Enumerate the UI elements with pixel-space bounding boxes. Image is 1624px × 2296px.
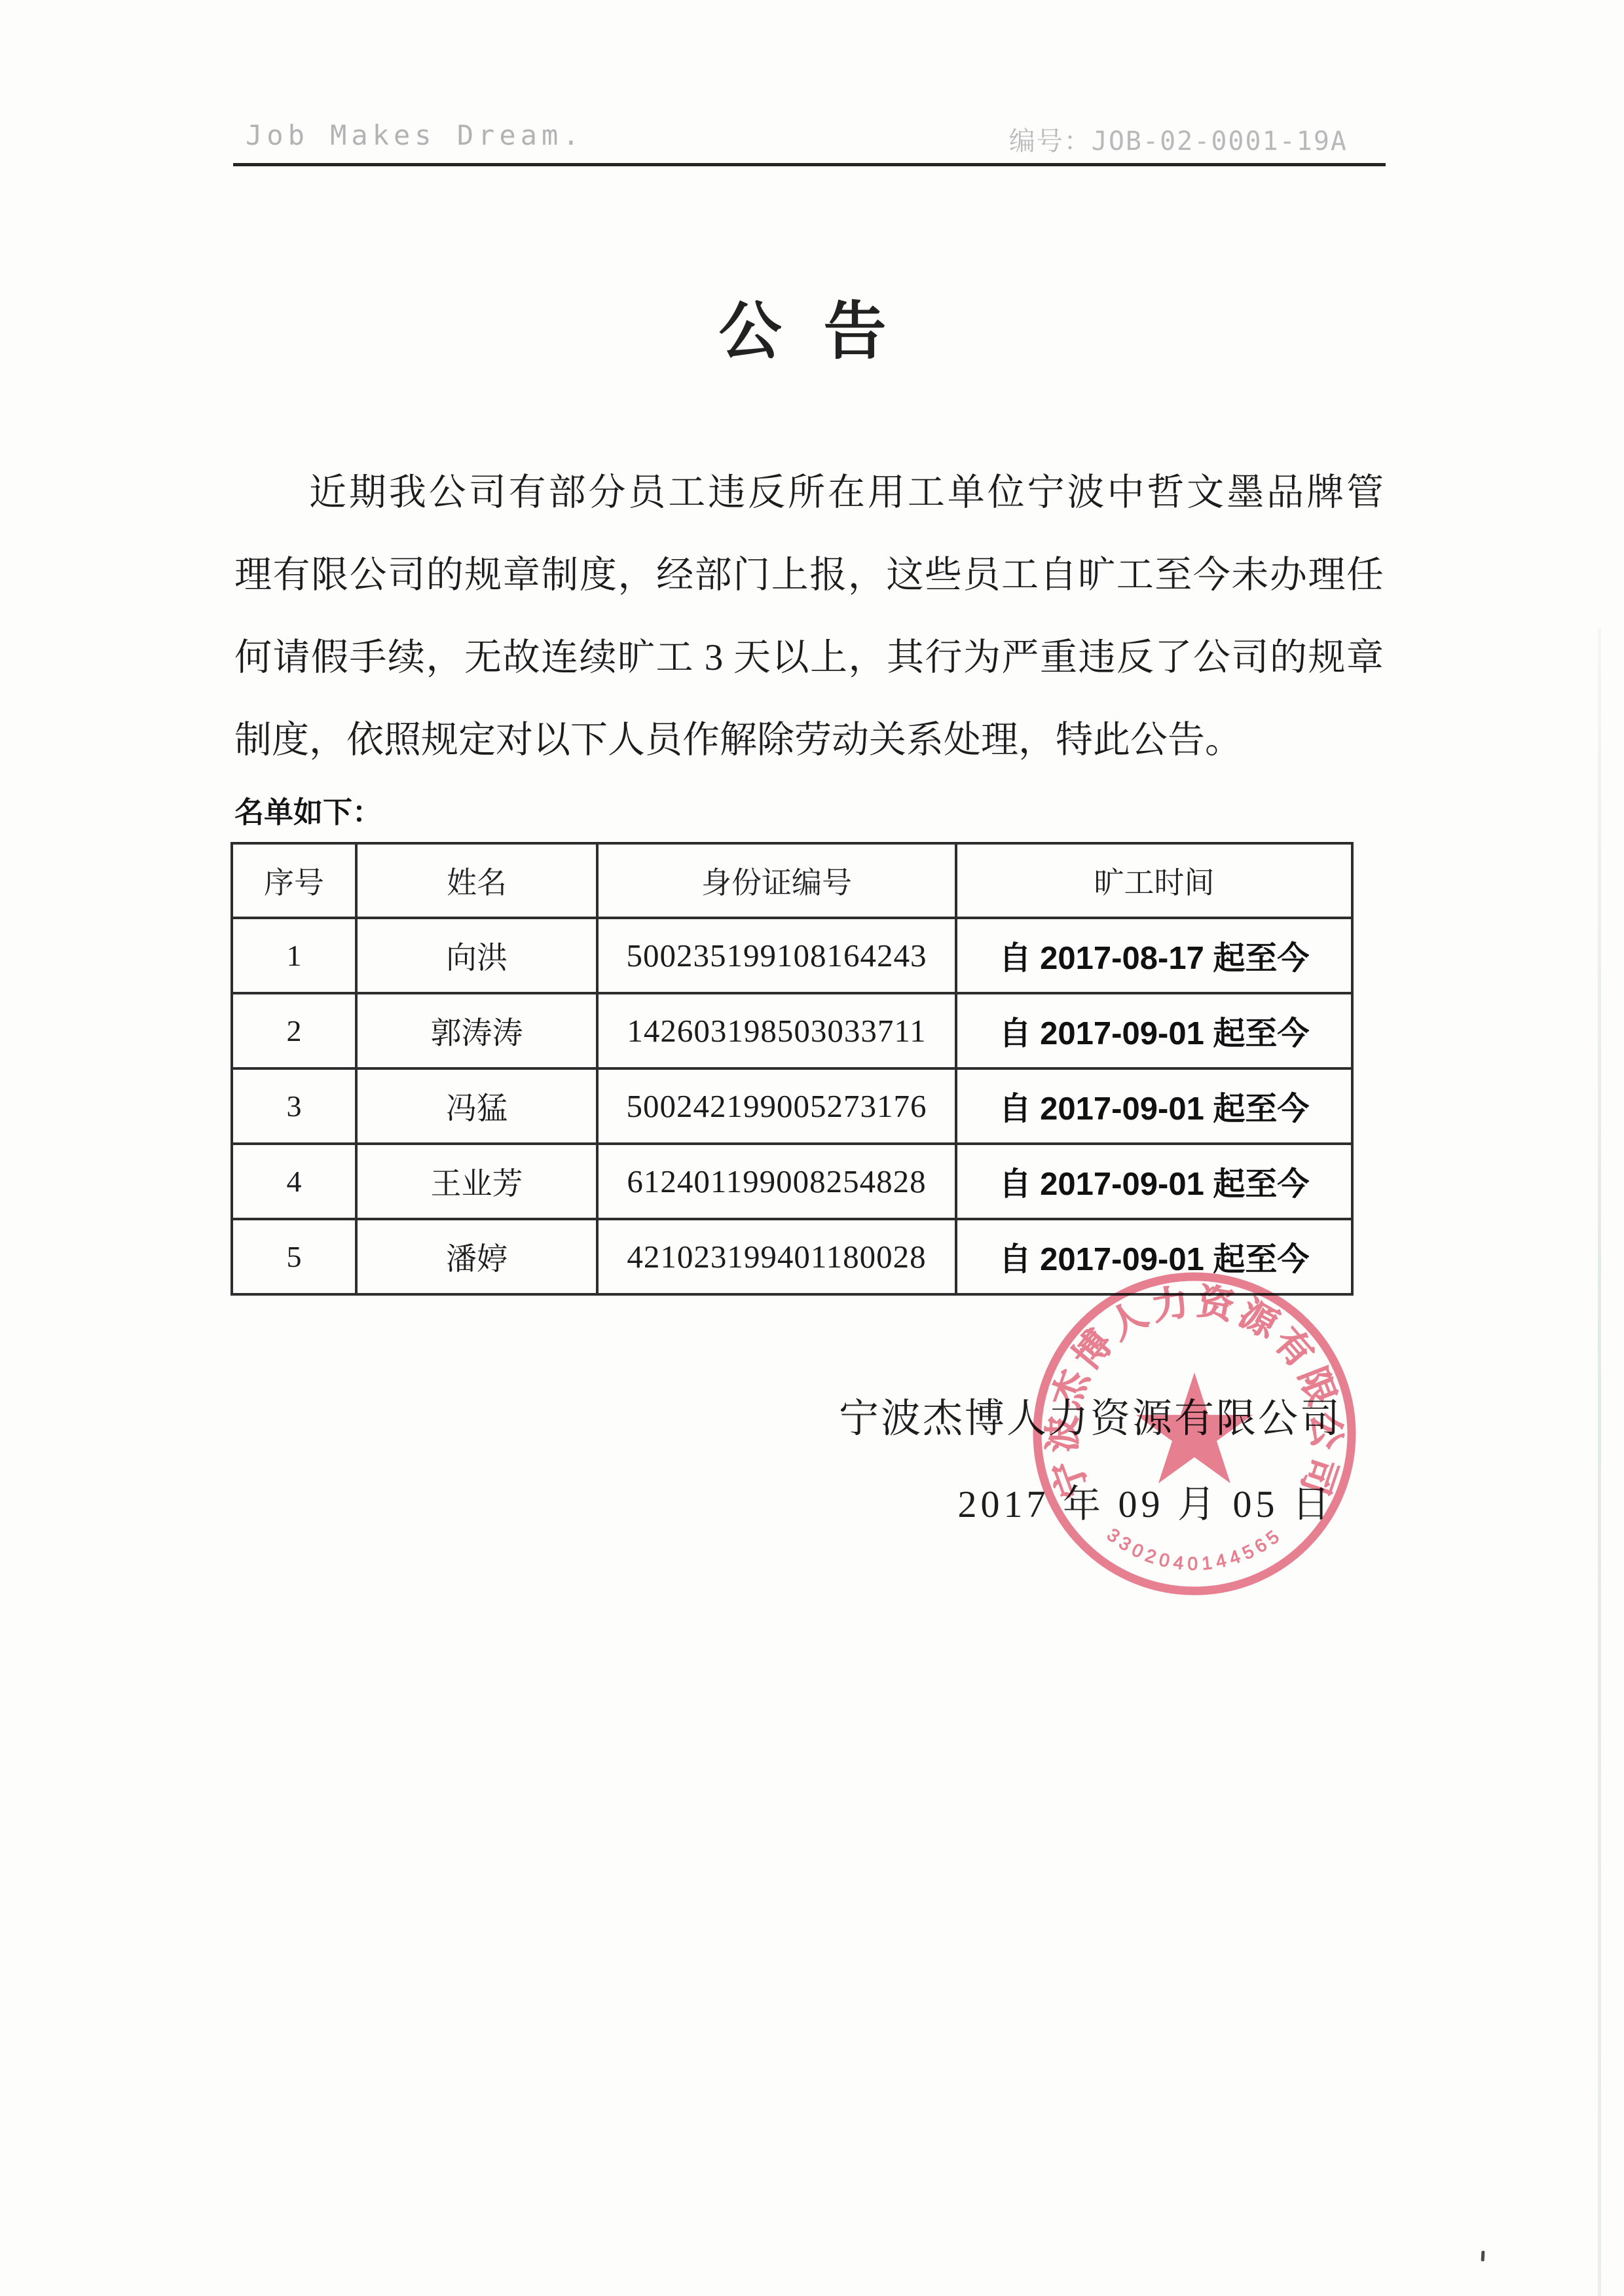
cell-name: 向洪 — [356, 918, 597, 993]
header-rule — [233, 163, 1386, 166]
seal-number-text: 3302040144565 — [1103, 1524, 1286, 1574]
cell-index: 1 — [232, 918, 356, 993]
signature-company: 宁波杰博人力资源有限公司 — [839, 1387, 1342, 1444]
cell-id-number: 500242199005273176 — [597, 1068, 956, 1144]
page-title: 公 告 — [234, 282, 1384, 371]
header-slogan: Job Makes Dream. — [246, 119, 584, 151]
scan-artifact-line — [1598, 629, 1601, 2296]
table-header-row: 序号 姓名 身份证编号 旷工时间 — [232, 843, 1352, 918]
cell-absence-time: 自 2017-09-01 起至今 — [956, 1068, 1352, 1144]
cell-absence-time: 自 2017-08-17 起至今 — [956, 918, 1352, 993]
list-label: 名单如下： — [234, 788, 382, 831]
cell-index: 4 — [232, 1144, 356, 1219]
table-row: 1向洪500235199108164243自 2017-08-17 起至今 — [232, 918, 1352, 993]
cell-name: 潘婷 — [356, 1219, 597, 1294]
signature-date: 2017 年 09 月 05 日 — [957, 1473, 1334, 1528]
scan-artifact-speck — [1481, 2251, 1485, 2261]
cell-index: 5 — [232, 1219, 356, 1294]
dismissal-table: 序号 姓名 身份证编号 旷工时间 1向洪500235199108164243自 … — [231, 842, 1354, 1296]
table-body: 1向洪500235199108164243自 2017-08-17 起至今2郭涛… — [232, 918, 1352, 1294]
cell-index: 2 — [232, 993, 356, 1068]
table-row: 2郭涛涛142603198503033711自 2017-09-01 起至今 — [232, 993, 1352, 1068]
paragraph-line: 何请假手续，无故连续旷工 3 天以上，其行为严重违反了公司的规章 — [234, 617, 1384, 699]
column-header-index: 序号 — [232, 843, 356, 918]
cell-absence-time: 自 2017-09-01 起至今 — [956, 1219, 1352, 1294]
table-row: 4王业芳612401199008254828自 2017-09-01 起至今 — [232, 1144, 1352, 1219]
paragraph-line: 制度，依照规定对以下人员作解除劳动关系处理，特此公告。 — [234, 699, 1384, 782]
cell-id-number: 612401199008254828 — [597, 1144, 956, 1219]
column-header-id-number: 身份证编号 — [597, 843, 956, 918]
body-paragraph: 近期我公司有部分员工违反所在用工单位宁波中哲文墨品牌管 理有限公司的规章制度，经… — [234, 452, 1384, 782]
table-row: 5潘婷421023199401180028自 2017-09-01 起至今 — [232, 1219, 1352, 1294]
column-header-name: 姓名 — [356, 843, 597, 918]
paragraph-line: 理有限公司的规章制度，经部门上报，这些员工自旷工至今未办理任 — [234, 534, 1384, 617]
cell-name: 冯猛 — [356, 1068, 597, 1144]
paragraph-line: 近期我公司有部分员工违反所在用工单位宁波中哲文墨品牌管 — [234, 452, 1384, 534]
table-row: 3冯猛500242199005273176自 2017-09-01 起至今 — [232, 1068, 1352, 1144]
cell-absence-time: 自 2017-09-01 起至今 — [956, 1144, 1352, 1219]
document-page: Job Makes Dream. 编号：JOB-02-0001-19A 公 告 … — [0, 0, 1624, 2296]
cell-name: 郭涛涛 — [356, 993, 597, 1068]
header-doc-number: 编号：JOB-02-0001-19A — [1009, 120, 1348, 158]
cell-name: 王业芳 — [356, 1144, 597, 1219]
cell-index: 3 — [232, 1068, 356, 1144]
column-header-absence-time: 旷工时间 — [956, 843, 1352, 918]
cell-absence-time: 自 2017-09-01 起至今 — [956, 993, 1352, 1068]
cell-id-number: 421023199401180028 — [597, 1219, 956, 1294]
cell-id-number: 142603198503033711 — [597, 993, 956, 1068]
cell-id-number: 500235199108164243 — [597, 918, 956, 993]
